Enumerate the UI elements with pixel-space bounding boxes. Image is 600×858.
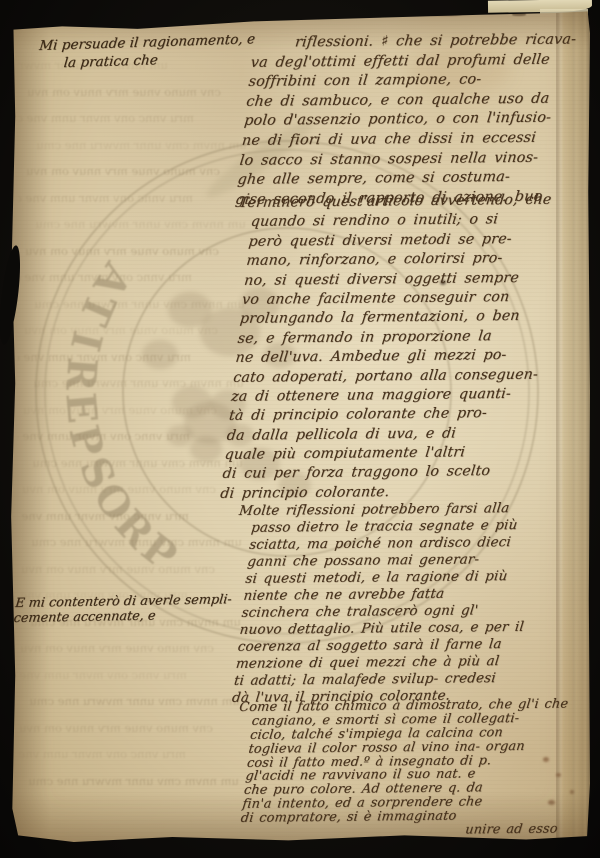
manuscript-line: va degl'ottimi effetti dal profumi delle bbox=[236, 50, 571, 73]
bleedthrough-line: um nnvm cmv unnr mvwru nne cmu bbox=[17, 535, 242, 549]
margin-note-1-line-2: la pratica che bbox=[63, 49, 254, 71]
edge-text-fragment bbox=[512, 13, 526, 16]
bleedthrough-line: um nnvm cmv unnr mvwru nne cmu bbox=[17, 138, 247, 152]
bleedthrough-line: cnv muno vnue mrv nnuv om nvu bbox=[17, 721, 213, 735]
manuscript-page: PROSPERITA um nnvm cmv unnr mvwru nne cm… bbox=[10, 8, 590, 842]
manuscript-line: Terminerò quest'articolo avvertendo, che bbox=[238, 191, 573, 214]
bleedthrough-line: mru vnnc onv mvnr unm vne cmr uo bbox=[17, 191, 193, 205]
bleedthrough-line: mru vnnc onv mvnr unm vne cmr uo bbox=[17, 350, 191, 364]
bleedthrough-line: cnv muno vnue mrv nnuv om nvu bbox=[17, 482, 216, 496]
manuscript-paragraph-1: riflessioni. ♯ che si potrebbe ricava-va… bbox=[220, 31, 572, 211]
bleedthrough-line: mru vnnc onv mvnr unm vne cmr uo bbox=[17, 668, 187, 682]
manuscript-line: za di ottenere una maggiore quanti- bbox=[216, 384, 551, 407]
bleedthrough-line: um nnvm cmv unnr mvwru nne cmu bbox=[17, 376, 244, 390]
bleedthrough-line: mru vnnc onv mvnr unm vne cmr uo bbox=[17, 270, 192, 284]
manuscript-line: no, si questi diversi oggetti sempre bbox=[229, 268, 564, 291]
bleedthrough-line: cnv muno vnue mrv nnuv om nvu bbox=[17, 403, 217, 417]
bleedthrough-line: mru vnnc onv mvnr unm vne cmr uo bbox=[17, 111, 194, 125]
bleedthrough-line: cnv muno vnue mrv nnuv om nvu bbox=[17, 164, 220, 178]
edge-text-fragment bbox=[428, 12, 462, 16]
manuscript-paragraph-3: Molte riflessioni potrebbero farsi allap… bbox=[217, 500, 572, 707]
manuscript-paragraph-2: Terminerò quest'articolo avvertendo, che… bbox=[205, 191, 572, 505]
scan-background: PROSPERITA um nnvm cmv unnr mvwru nne cm… bbox=[0, 0, 600, 858]
bleedthrough-line: um nnvm cmv unnr mvwru nne cmu bbox=[17, 297, 245, 311]
bleedthrough-line: mru vnnc onv mvnr unm vne cmr uo bbox=[17, 747, 186, 761]
margin-note-2: E mi contenterò di averle sempli- cement… bbox=[13, 592, 233, 626]
bleedthrough-line: um nnvm cmv unnr mvwru nne cmu bbox=[17, 774, 239, 788]
bleedthrough-line: mru vnnc onv mvnr unm vne cmr uo bbox=[17, 509, 189, 523]
bleedthrough-line: um nnvm cmv unnr mvwru nne cmu bbox=[17, 694, 240, 708]
margin-note-1: Mi persuade il ragionamento, e la pratic… bbox=[37, 31, 256, 72]
manuscript-paragraph-4: Come il fatto chimico à dimostrato, che … bbox=[224, 698, 572, 840]
bleedthrough-line: mru vnnc onv mvnr unm vne cmr uo bbox=[17, 429, 190, 443]
bleedthrough-line: cnv muno vnue mrv nnuv om nvu bbox=[17, 641, 214, 655]
bleedthrough-line: cnv muno vnue mrv nnuv om nvu bbox=[17, 85, 221, 99]
manuscript-line: nuovo dettaglio. Più utile cosa, e per i… bbox=[225, 619, 559, 639]
bleedthrough-line: cnv muno vnue mrv nnuv om nvu bbox=[17, 562, 215, 576]
bleedthrough-line: um nnvm cmv unnr mvwru nne cmu bbox=[17, 217, 246, 231]
rust-spot bbox=[570, 790, 574, 794]
bleedthrough-line: cnv muno vnue mrv nnuv om nvu bbox=[17, 323, 218, 337]
manuscript-line: prolungando la fermentazioni, o ben bbox=[225, 307, 560, 330]
bleedthrough-line: cnv muno vnue mrv nnuv om nvu bbox=[17, 244, 219, 258]
